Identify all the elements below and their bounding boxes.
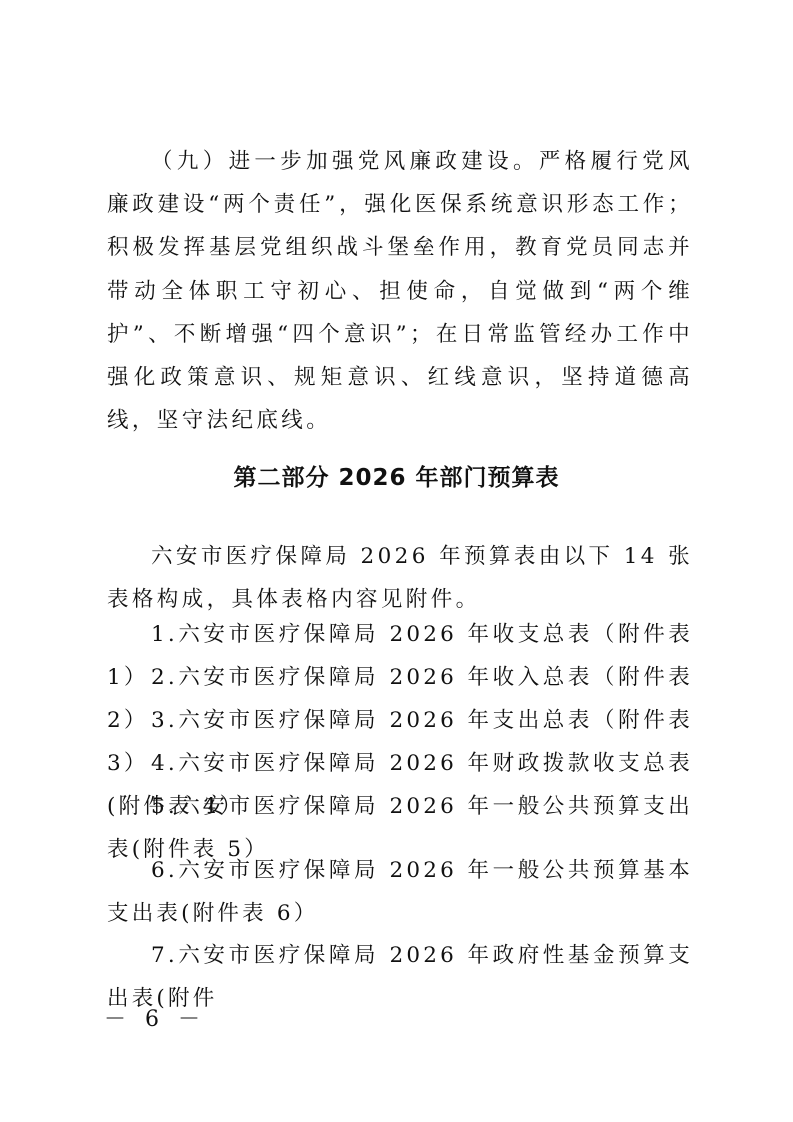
- page-number: － 6 －: [104, 1002, 206, 1033]
- part-two-intro: 六安市医疗保障局 2026 年预算表由以下 14 张表格构成，具体表格内容见附件…: [107, 535, 693, 621]
- document-page: （九）进一步加强党风廉政建设。严格履行党风廉政建设“两个责任”，强化医保系统意识…: [0, 0, 793, 1122]
- part-two-heading: 第二部分 2026 年部门预算表: [0, 459, 793, 492]
- list-item-6: 6.六安市医疗保障局 2026 年一般公共预算基本支出表(附件表 6）: [107, 849, 693, 935]
- section-nine-paragraph: （九）进一步加强党风廉政建设。严格履行党风廉政建设“两个责任”，强化医保系统意识…: [107, 140, 693, 442]
